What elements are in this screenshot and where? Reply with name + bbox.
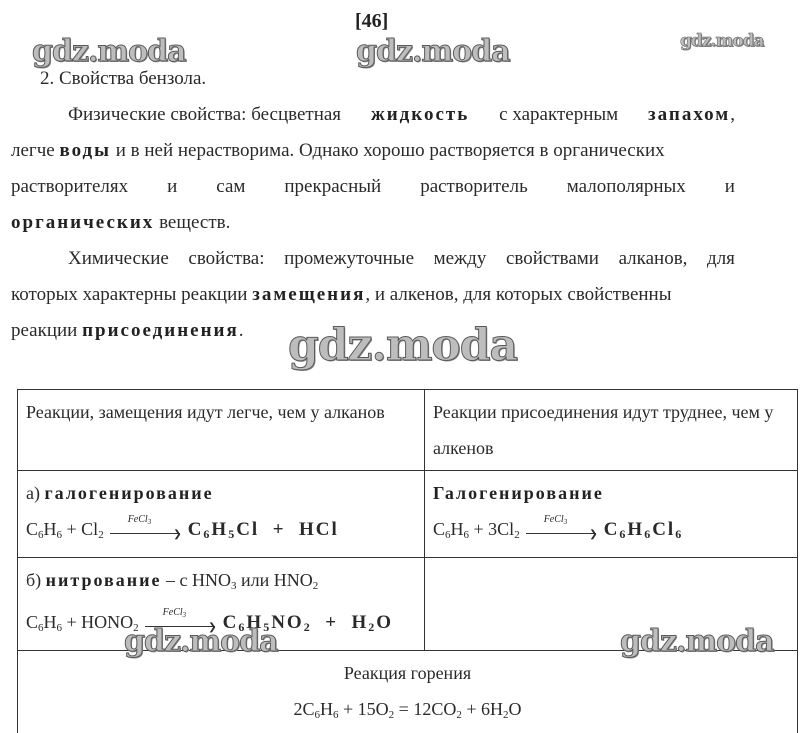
text: легче (11, 140, 55, 161)
word: для (707, 248, 735, 270)
word: и (725, 176, 735, 198)
physical-label: Физические свойства: бесцветная (68, 104, 341, 126)
word: растворитель (420, 176, 528, 198)
table-cell-addition-difficulty: Реакции присоединения идут труднее, чем … (425, 390, 798, 471)
section-heading: 2. Свойства бензола. (40, 68, 206, 90)
bold-term-substitution: замещения (252, 284, 365, 305)
watermark: gdz.moda (288, 320, 517, 371)
watermark: gdz.moda (124, 624, 278, 659)
watermark: gdz.moda (680, 31, 764, 51)
reaction-arrow-icon: ❯FeCl3 (110, 524, 182, 538)
word: прекрасный (284, 176, 381, 198)
reaction-equation: C6H6 + Cl2❯FeCl3C6H5Cl + HCl (26, 511, 416, 553)
reaction-title: нитрование (46, 570, 162, 590)
bold-term-addition: присоединения (82, 320, 239, 341)
word: малополярных (567, 176, 686, 198)
catalyst-label: FeCl3 (544, 514, 568, 528)
chemical-properties-line-3: реакции присоединения. (11, 320, 244, 342)
text: с характерным (499, 104, 618, 126)
bold-term-water: воды (59, 140, 111, 161)
bold-term-smell: запахом (648, 104, 730, 125)
word: между (434, 248, 487, 270)
watermark: gdz.moda (32, 34, 186, 69)
chemical-properties-line-2: которых характерны реакции замещения, и … (11, 284, 671, 306)
chemical-properties-line-1: Химическиесвойства:промежуточныемеждусво… (68, 248, 735, 270)
text: реакции (11, 320, 77, 341)
word: и (167, 176, 177, 198)
reaction-arrow-icon: ❯FeCl3 (526, 524, 598, 538)
word: сам (216, 176, 245, 198)
physical-properties-line-3: растворителяхисампрекрасныйрастворительм… (11, 176, 735, 198)
word: Химические (68, 248, 169, 270)
catalyst-label: FeCl3 (128, 514, 152, 528)
item-prefix: а) (26, 483, 40, 503)
word: промежуточные (284, 248, 414, 270)
text: и в ней нерастворима. Однако хорошо раст… (116, 140, 665, 161)
table-row: Реакция горения 2C6H6 + 15O2 = 12CO2 + 6… (18, 651, 798, 733)
subscript: 2 (313, 580, 319, 592)
reaction-equation: C6H6 + 3Cl2❯FeCl3C6H6Cl6 (433, 511, 789, 553)
text: , (730, 104, 735, 125)
table-cell-combustion: Реакция горения 2C6H6 + 15O2 = 12CO2 + 6… (18, 651, 798, 733)
watermark: gdz.moda (620, 624, 774, 659)
physical-properties-line-4: органических веществ. (11, 212, 230, 234)
word: растворителях (11, 176, 128, 198)
reaction-equation: 2C6H6 + 15O2 = 12CO2 + 6H2O (26, 691, 789, 733)
page-number: [46] (355, 10, 388, 33)
physical-properties-line-1: Физические свойства: бесцветная жидкость… (68, 104, 735, 126)
physical-properties-line-2: легче воды и в ней нерастворима. Однако … (11, 140, 665, 162)
text: . (239, 320, 244, 341)
text: , и алкенов, для которых свойственны (365, 284, 671, 305)
table-cell-halogenation-addition: Галогенирование C6H6 + 3Cl2❯FeCl3C6H6Cl6 (425, 471, 798, 558)
word: свойства: (188, 248, 264, 270)
text: которых характерны реакции (11, 284, 247, 305)
table-row: а) галогенирование C6H6 + Cl2❯FeCl3C6H5C… (18, 471, 798, 558)
table-cell-substitution-ease: Реакции, замещения идут легче, чем у алк… (18, 390, 425, 471)
bold-term-liquid: жидкость (371, 104, 469, 126)
catalyst-label: FeCl3 (163, 607, 187, 621)
word: свойствами (506, 248, 599, 270)
properties-table: Реакции, замещения идут легче, чем у алк… (17, 389, 798, 733)
text: или HNO (236, 570, 312, 590)
reaction-title: Реакция горения (26, 655, 789, 691)
watermark: gdz.moda (356, 34, 510, 69)
item-prefix: б) (26, 570, 41, 590)
cell-text: Реакции присоединения идут труднее, чем … (433, 402, 773, 458)
bold-term-organic: органических (11, 212, 154, 233)
reaction-title: Галогенирование (433, 483, 604, 503)
cell-text: Реакции, замещения идут легче, чем у алк… (26, 402, 385, 422)
table-row: Реакции, замещения идут легче, чем у алк… (18, 390, 798, 471)
text: – с HNO (161, 570, 231, 590)
text: веществ. (159, 212, 230, 233)
table-cell-halogenation-substitution: а) галогенирование C6H6 + Cl2❯FeCl3C6H5C… (18, 471, 425, 558)
word: алканов, (619, 248, 688, 270)
reaction-title: галогенирование (44, 483, 213, 503)
